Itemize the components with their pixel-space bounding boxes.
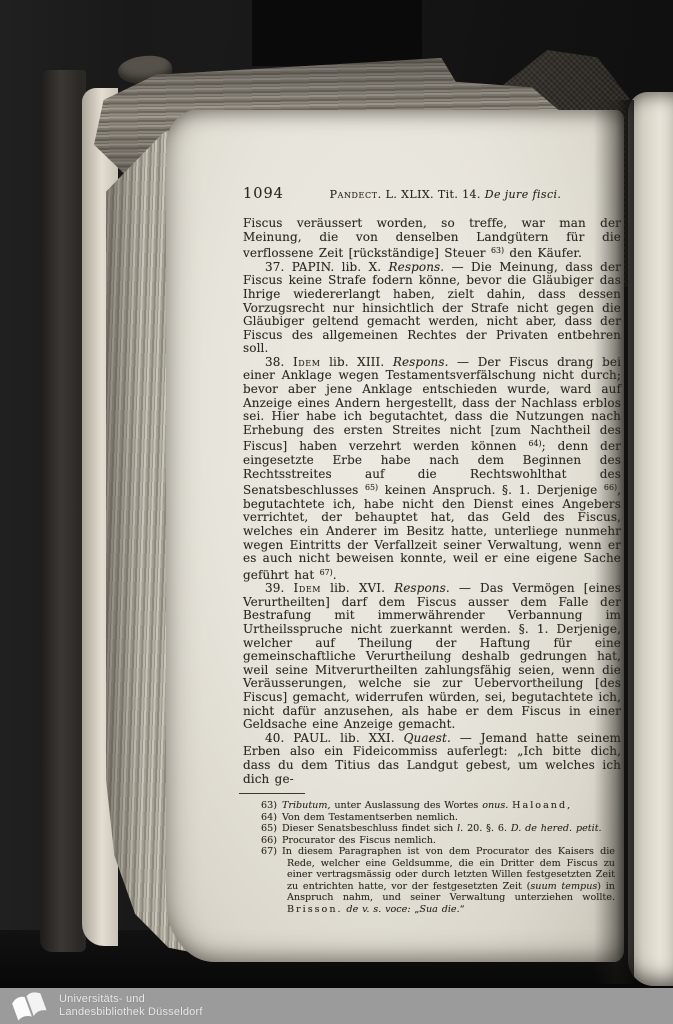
facing-page-curl	[628, 92, 673, 986]
library-name-line2: Landesbibliothek Düsseldorf	[59, 1006, 203, 1019]
footnote-rule	[239, 793, 305, 794]
body-paragraph: 40. PAUL. lib. XXI. Quaest. — Jemand hat…	[243, 732, 621, 786]
footnote: 64)Von dem Testamentserben nemlich.	[261, 812, 615, 824]
library-name-line1: Universitäts- und	[59, 993, 203, 1006]
footnote: 66)Procurator des Fiscus nemlich.	[261, 835, 615, 847]
book-page: 1094 Pandect. L. XLIX. Tit. 14. De jure …	[166, 110, 624, 962]
footnote-number: 65)	[261, 823, 282, 834]
footnote: 67)In diesem Paragraphen ist von dem Pro…	[261, 846, 615, 915]
book-cover-left-edge	[40, 70, 86, 952]
open-book-logo-icon	[7, 989, 51, 1023]
library-name: Universitäts- und Landesbibliothek Düsse…	[59, 993, 203, 1019]
footnote: 63)Tributum, unter Auslassung des Wortes…	[261, 800, 615, 812]
footnotes-block: 63)Tributum, unter Auslassung des Wortes…	[261, 800, 615, 915]
page-body: Fiscus veräussert worden, so treffe, war…	[243, 217, 621, 786]
footnote: 65)Dieser Senatsbeschluss findet sich l.…	[261, 823, 615, 835]
library-watermark-bar: Universitäts- und Landesbibliothek Düsse…	[0, 988, 673, 1024]
running-title: Pandect. L. XLIX. Tit. 14. De jure fisci…	[284, 188, 621, 201]
footnote-number: 66)	[261, 835, 282, 846]
printed-text-block: 1094 Pandect. L. XLIX. Tit. 14. De jure …	[243, 186, 621, 915]
body-paragraph: 37. PAPIN. lib. X. Respons. — Die Meinun…	[243, 261, 621, 356]
footnote-number: 67)	[261, 846, 282, 857]
page-number: 1094	[243, 186, 284, 202]
footnote-number: 63)	[261, 800, 282, 811]
body-paragraph: Fiscus veräussert worden, so treffe, war…	[243, 217, 621, 261]
background-shadow-band	[252, 0, 422, 66]
page-header: 1094 Pandect. L. XLIX. Tit. 14. De jure …	[243, 186, 621, 204]
book-photograph: 1094 Pandect. L. XLIX. Tit. 14. De jure …	[0, 0, 673, 1024]
footnote-number: 64)	[261, 812, 282, 823]
body-paragraph: 39. Idem lib. XVI. Respons. — Das Vermög…	[243, 582, 621, 732]
body-paragraph: 38. Idem lib. XIII. Respons. — Der Fiscu…	[243, 356, 621, 582]
page-gutter-shadow	[594, 100, 634, 984]
